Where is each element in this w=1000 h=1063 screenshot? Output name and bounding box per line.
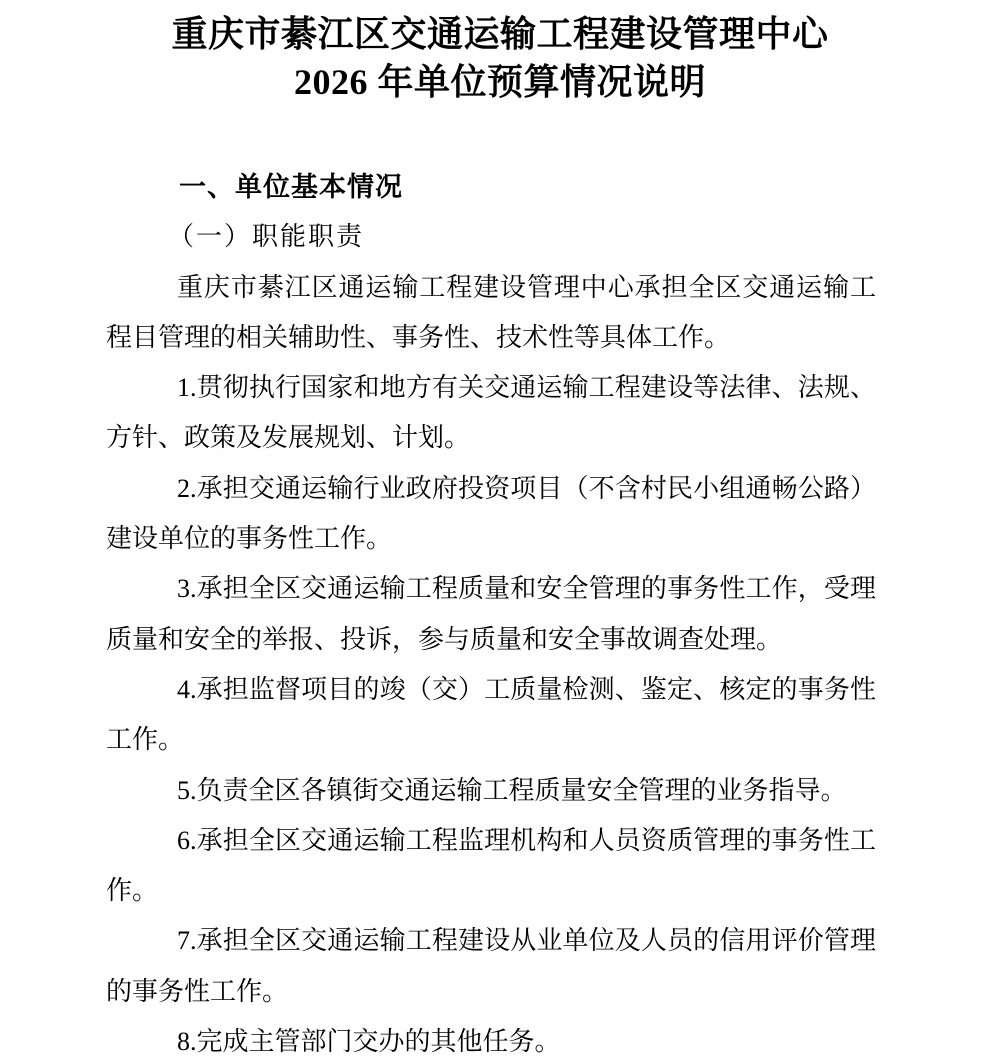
paragraph-duty-7: 7.承担全区交通运输工程建设从业单位及人员的信用评价管理的事务性工作。 [106, 916, 876, 1017]
paragraph-duty-5: 5.负责全区各镇街交通运输工程质量安全管理的业务指导。 [106, 766, 876, 816]
document-body: 一、单位基本情况 （一）职能职责 重庆市綦江区通运输工程建设管理中心承担全区交通… [0, 162, 1000, 1063]
section-heading-basic-info: 一、单位基本情况 [106, 162, 876, 212]
document-title-line2: 2026 年单位预算情况说明 [0, 58, 1000, 106]
paragraph-duty-2: 2.承担交通运输行业政府投资项目（不含村民小组通畅公路）建设单位的事务性工作。 [106, 464, 876, 565]
document-title-line1: 重庆市綦江区交通运输工程建设管理中心 [0, 10, 1000, 58]
paragraph-duty-1: 1.贯彻执行国家和地方有关交通运输工程建设等法律、法规、方针、政策及发展规划、计… [106, 363, 876, 464]
paragraph-duty-8: 8.完成主管部门交办的其他任务。 [106, 1017, 876, 1063]
paragraph-duty-3: 3.承担全区交通运输工程质量和安全管理的事务性工作，受理质量和安全的举报、投诉，… [106, 564, 876, 665]
document-title: 重庆市綦江区交通运输工程建设管理中心 2026 年单位预算情况说明 [0, 0, 1000, 106]
paragraph-duty-4: 4.承担监督项目的竣（交）工质量检测、鉴定、核定的事务性工作。 [106, 665, 876, 766]
document-page: 重庆市綦江区交通运输工程建设管理中心 2026 年单位预算情况说明 一、单位基本… [0, 0, 1000, 1063]
paragraph-intro: 重庆市綦江区通运输工程建设管理中心承担全区交通运输工程目管理的相关辅助性、事务性… [106, 263, 876, 364]
paragraph-duty-6: 6.承担全区交通运输工程监理机构和人员资质管理的事务性工作。 [106, 816, 876, 917]
subsection-heading-duties: （一）职能职责 [106, 212, 876, 262]
